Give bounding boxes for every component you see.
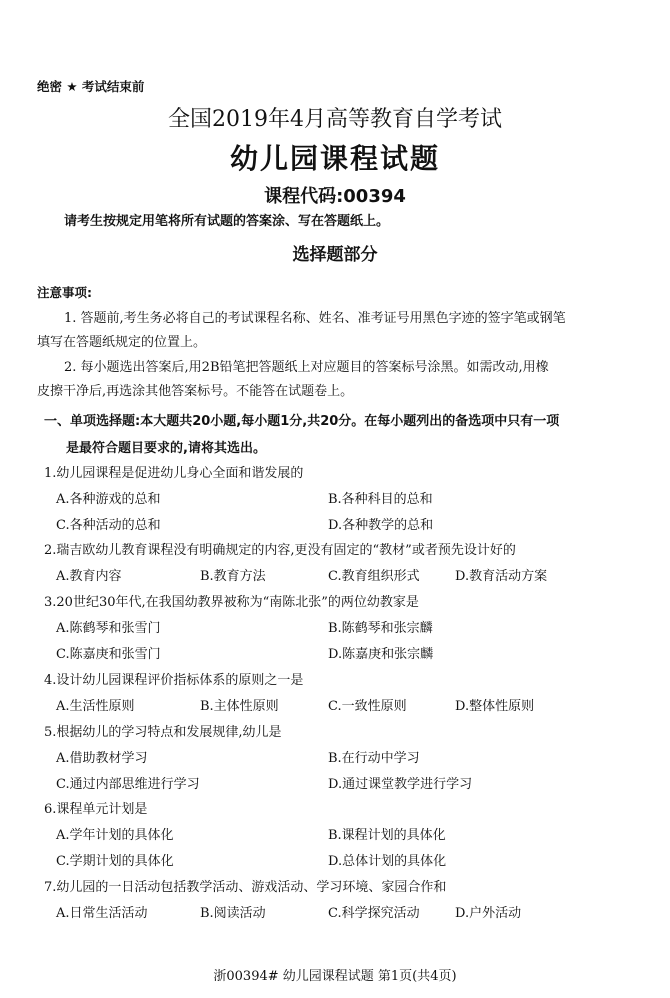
option: B.课程计划的具体化: [328, 824, 446, 843]
option: B.陈鹤琴和张宗麟: [328, 617, 433, 636]
option: D.陈嘉庚和张宗麟: [328, 643, 433, 662]
answer-instruction: 请考生按规定用笔将所有试题的答案涂、写在答题纸上。: [64, 210, 389, 229]
option: D.通过课堂教学进行学习: [328, 773, 472, 792]
question-stem: 3.20世纪30年代,在我国幼教界被称为“南陈北张”的两位幼教家是: [44, 591, 419, 610]
option: B.阅读活动: [200, 902, 266, 921]
option: B.主体性原则: [200, 695, 279, 714]
note-line: 填写在答题纸规定的位置上。: [37, 331, 206, 350]
question-stem: 2.瑞吉欧幼儿教育课程没有明确规定的内容,更没有固定的“教材”或者预先设计好的: [44, 539, 516, 558]
option: C.科学探究活动: [328, 902, 420, 921]
part-one-heading-cont: 是最符合题目要求的,请将其选出。: [66, 437, 266, 456]
option: C.陈嘉庚和张雪门: [56, 643, 161, 662]
paper-title: 幼儿园课程试题: [0, 137, 670, 177]
note-line: 2. 每小题选出答案后,用2B铅笔把答题纸上对应题目的答案标号涂黑。如需改动,用…: [64, 356, 549, 375]
option: D.总体计划的具体化: [328, 850, 446, 869]
option: B.各种科目的总和: [328, 488, 433, 507]
option: A.日常生活活动: [56, 902, 148, 921]
option: D.教育活动方案: [455, 565, 547, 584]
option: C.学期计划的具体化: [56, 850, 174, 869]
option: A.陈鹤琴和张雪门: [56, 617, 161, 636]
option: C.通过内部思维进行学习: [56, 773, 200, 792]
question-stem: 1.幼儿园课程是促进幼儿身心全面和谐发展的: [44, 462, 303, 481]
part-one-heading: 一、单项选择题:本大题共20小题,每小题1分,共20分。在每小题列出的备选项中只…: [44, 410, 559, 429]
notes-heading: 注意事项:: [37, 283, 92, 301]
option: C.各种活动的总和: [56, 514, 161, 533]
option: A.教育内容: [56, 565, 122, 584]
note-line: 1. 答题前,考生务必将自己的考试课程名称、姓名、准考证号用黑色字迹的签字笔或钢…: [64, 307, 566, 326]
exam-name: 全国2019年4月高等教育自学考试: [0, 102, 670, 133]
option: B.教育方法: [200, 565, 266, 584]
question-stem: 4.设计幼儿园课程评价指标体系的原则之一是: [44, 669, 303, 688]
option: C.教育组织形式: [328, 565, 420, 584]
option: A.学年计划的具体化: [56, 824, 174, 843]
option: A.各种游戏的总和: [56, 488, 161, 507]
course-code: 课程代码:00394: [0, 182, 670, 208]
confidential-label: 绝密 ★ 考试结束前: [37, 77, 144, 95]
option: A.生活性原则: [56, 695, 135, 714]
page-footer: 浙00394# 幼儿园课程试题 第1页(共4页): [0, 965, 670, 984]
option: D.各种教学的总和: [328, 514, 433, 533]
option: C.一致性原则: [328, 695, 407, 714]
section-title: 选择题部分: [0, 240, 670, 265]
question-stem: 6.课程单元计划是: [44, 798, 147, 817]
option: A.借助教材学习: [56, 747, 148, 766]
note-line: 皮擦干净后,再选涂其他答案标号。不能答在试题卷上。: [37, 380, 353, 399]
option: D.整体性原则: [455, 695, 534, 714]
option: D.户外活动: [455, 902, 521, 921]
question-stem: 5.根据幼儿的学习特点和发展规律,幼儿是: [44, 721, 282, 740]
option: B.在行动中学习: [328, 747, 420, 766]
question-stem: 7.幼儿园的一日活动包括教学活动、游戏活动、学习环境、家园合作和: [44, 876, 446, 895]
